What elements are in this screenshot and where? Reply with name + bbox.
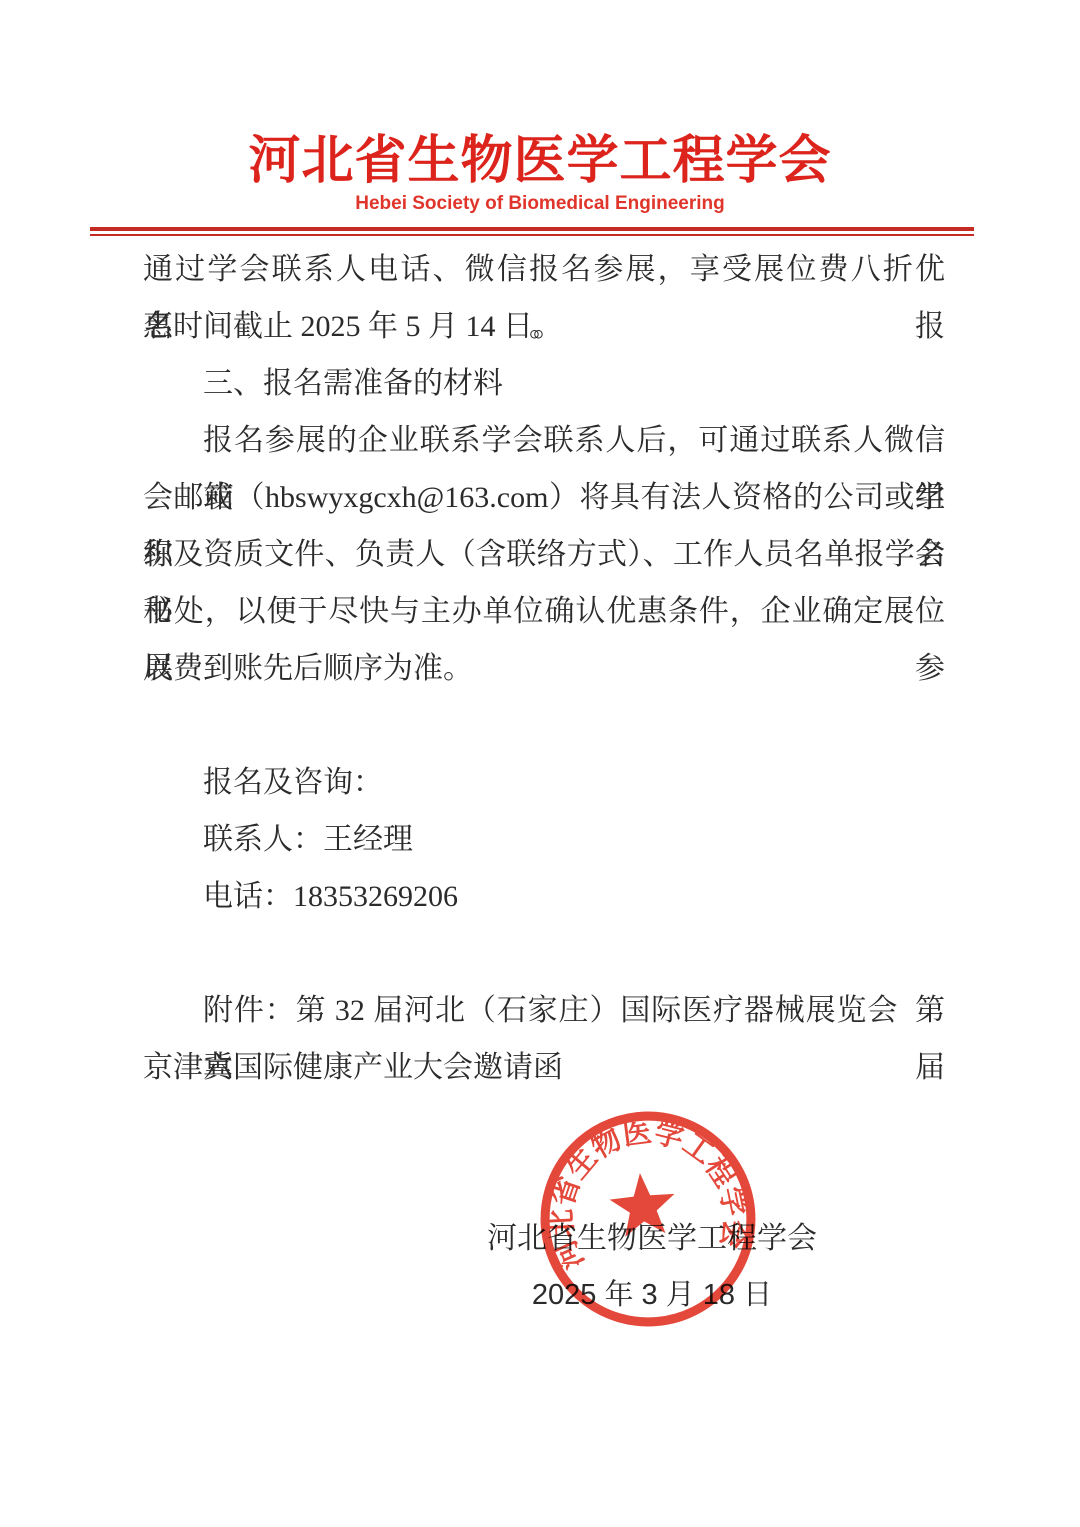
org-subtitle: Hebei Society of Biomedical Engineering — [0, 192, 1080, 216]
blank-line — [143, 1153, 945, 1210]
document-body: 通过学会联系人电话、微信报名参展，享受展位费八折优惠。报 名时间截止 2025 … — [143, 241, 945, 1324]
letterhead-rule-thick — [90, 227, 974, 231]
signature-date: 2025 年 3 月 18 日 — [251, 1267, 1053, 1324]
document-page: 河北省生物医学工程学会 Hebei Society of Biomedical … — [0, 0, 1080, 1527]
body-line: 报名参展的企业联系学会联系人后，可通过联系人微信或学 — [143, 412, 945, 469]
page-title: 河北省生物医学工程学会 — [0, 130, 1080, 194]
contact-person: 联系人：王经理 — [143, 811, 945, 868]
body-line: 通过学会联系人电话、微信报名参展，享受展位费八折优惠。报 — [143, 241, 945, 298]
letterhead-rule-thin — [90, 234, 974, 236]
contact-heading: 报名及咨询： — [143, 754, 945, 811]
section-heading: 三、报名需准备的材料 — [143, 355, 945, 412]
signature-org: 河北省生物医学工程学会 — [251, 1210, 1053, 1267]
contact-phone: 电话：18353269206 — [143, 868, 945, 925]
blank-line — [143, 1096, 945, 1153]
blank-line — [143, 697, 945, 754]
body-line-email: 会邮箱（hbswyxgcxh@163.com）将具有法人资格的公司或组织名 — [143, 469, 945, 526]
body-line: 称及资质文件、负责人（含联络方式）、工作人员名单报学会秘 — [143, 526, 945, 583]
attachment-line: 附件：第 32 届河北（石家庄）国际医疗器械展览会 第六届 — [143, 982, 945, 1039]
body-line: 书处，以便于尽快与主办单位确认优惠条件，企业确定展位以参 — [143, 583, 945, 640]
blank-line — [143, 925, 945, 982]
